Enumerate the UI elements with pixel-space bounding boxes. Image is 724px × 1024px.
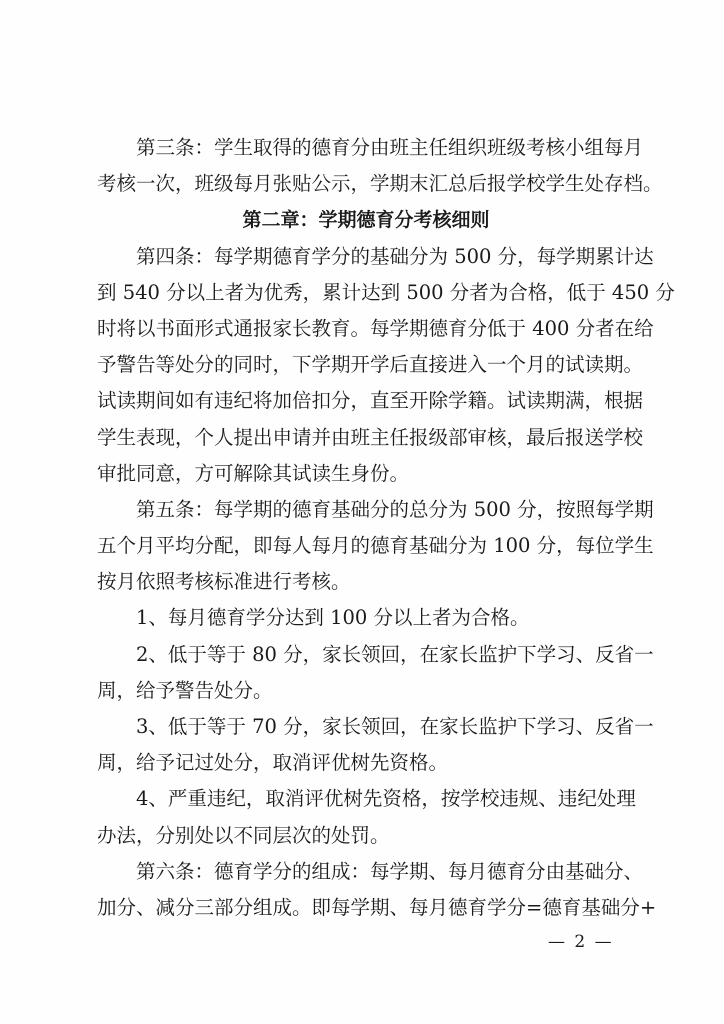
article-6-line-2: 加分、减分三部分组成。即每学期、每月德育学分=德育基础分+ xyxy=(97,890,635,926)
article-5-item-3-line-2: 周，给予记过处分，取消评优树先资格。 xyxy=(97,745,635,781)
article-5-line-1: 第五条：每学期的德育基础分的总分为 500 分，按照每学期 xyxy=(97,492,635,528)
article-3-line-2: 考核一次，班级每月张贴公示，学期末汇总后报学校学生处存档。 xyxy=(97,166,635,202)
chapter-2-heading: 第二章：学期德育分考核细则 xyxy=(97,202,635,238)
article-5-line-2: 五个月平均分配，即每人每月的德育基础分为 100 分，每位学生 xyxy=(97,528,635,564)
article-5-item-1: 1、每月德育学分达到 100 分以上者为合格。 xyxy=(97,600,635,636)
article-5-item-2-line-1: 2、低于等于 80 分，家长领回，在家长监护下学习、反省一 xyxy=(97,637,635,673)
article-4-line-4: 予警告等处分的同时，下学期开学后直接进入一个月的试读期。 xyxy=(97,347,635,383)
article-5-line-3: 按月依照考核标准进行考核。 xyxy=(97,564,635,600)
article-4-line-2: 到 540 分以上者为优秀，累计达到 500 分者为合格，低于 450 分 xyxy=(97,275,635,311)
article-5-item-3-line-1: 3、低于等于 70 分，家长领回，在家长监护下学习、反省一 xyxy=(97,709,635,745)
article-5-item-4-line-1: 4、严重违纪，取消评优树先资格，按学校违规、违纪处理 xyxy=(97,781,635,817)
article-4-line-1: 第四条：每学期德育学分的基础分为 500 分，每学期累计达 xyxy=(97,239,635,275)
article-5-item-2-line-2: 周，给予警告处分。 xyxy=(97,673,635,709)
article-5-item-4-line-2: 办法，分别处以不同层次的处罚。 xyxy=(97,818,635,854)
article-4-line-3: 时将以书面形式通报家长教育。每学期德育分低于 400 分者在给 xyxy=(97,311,635,347)
article-4-line-6: 学生表现，个人提出申请并由班主任报级部审核，最后报送学校 xyxy=(97,420,635,456)
document-body: 第三条：学生取得的德育分由班主任组织班级考核小组每月 考核一次，班级每月张贴公示… xyxy=(97,130,635,926)
page-number: — 2 — xyxy=(548,932,614,952)
document-page: 第三条：学生取得的德育分由班主任组织班级考核小组每月 考核一次，班级每月张贴公示… xyxy=(0,0,724,1024)
article-6-line-1: 第六条：德育学分的组成：每学期、每月德育分由基础分、 xyxy=(97,854,635,890)
article-3-line-1: 第三条：学生取得的德育分由班主任组织班级考核小组每月 xyxy=(97,130,635,166)
article-4-line-5: 试读期间如有违纪将加倍扣分，直至开除学籍。试读期满，根据 xyxy=(97,383,635,419)
article-4-line-7: 审批同意，方可解除其试读生身份。 xyxy=(97,456,635,492)
